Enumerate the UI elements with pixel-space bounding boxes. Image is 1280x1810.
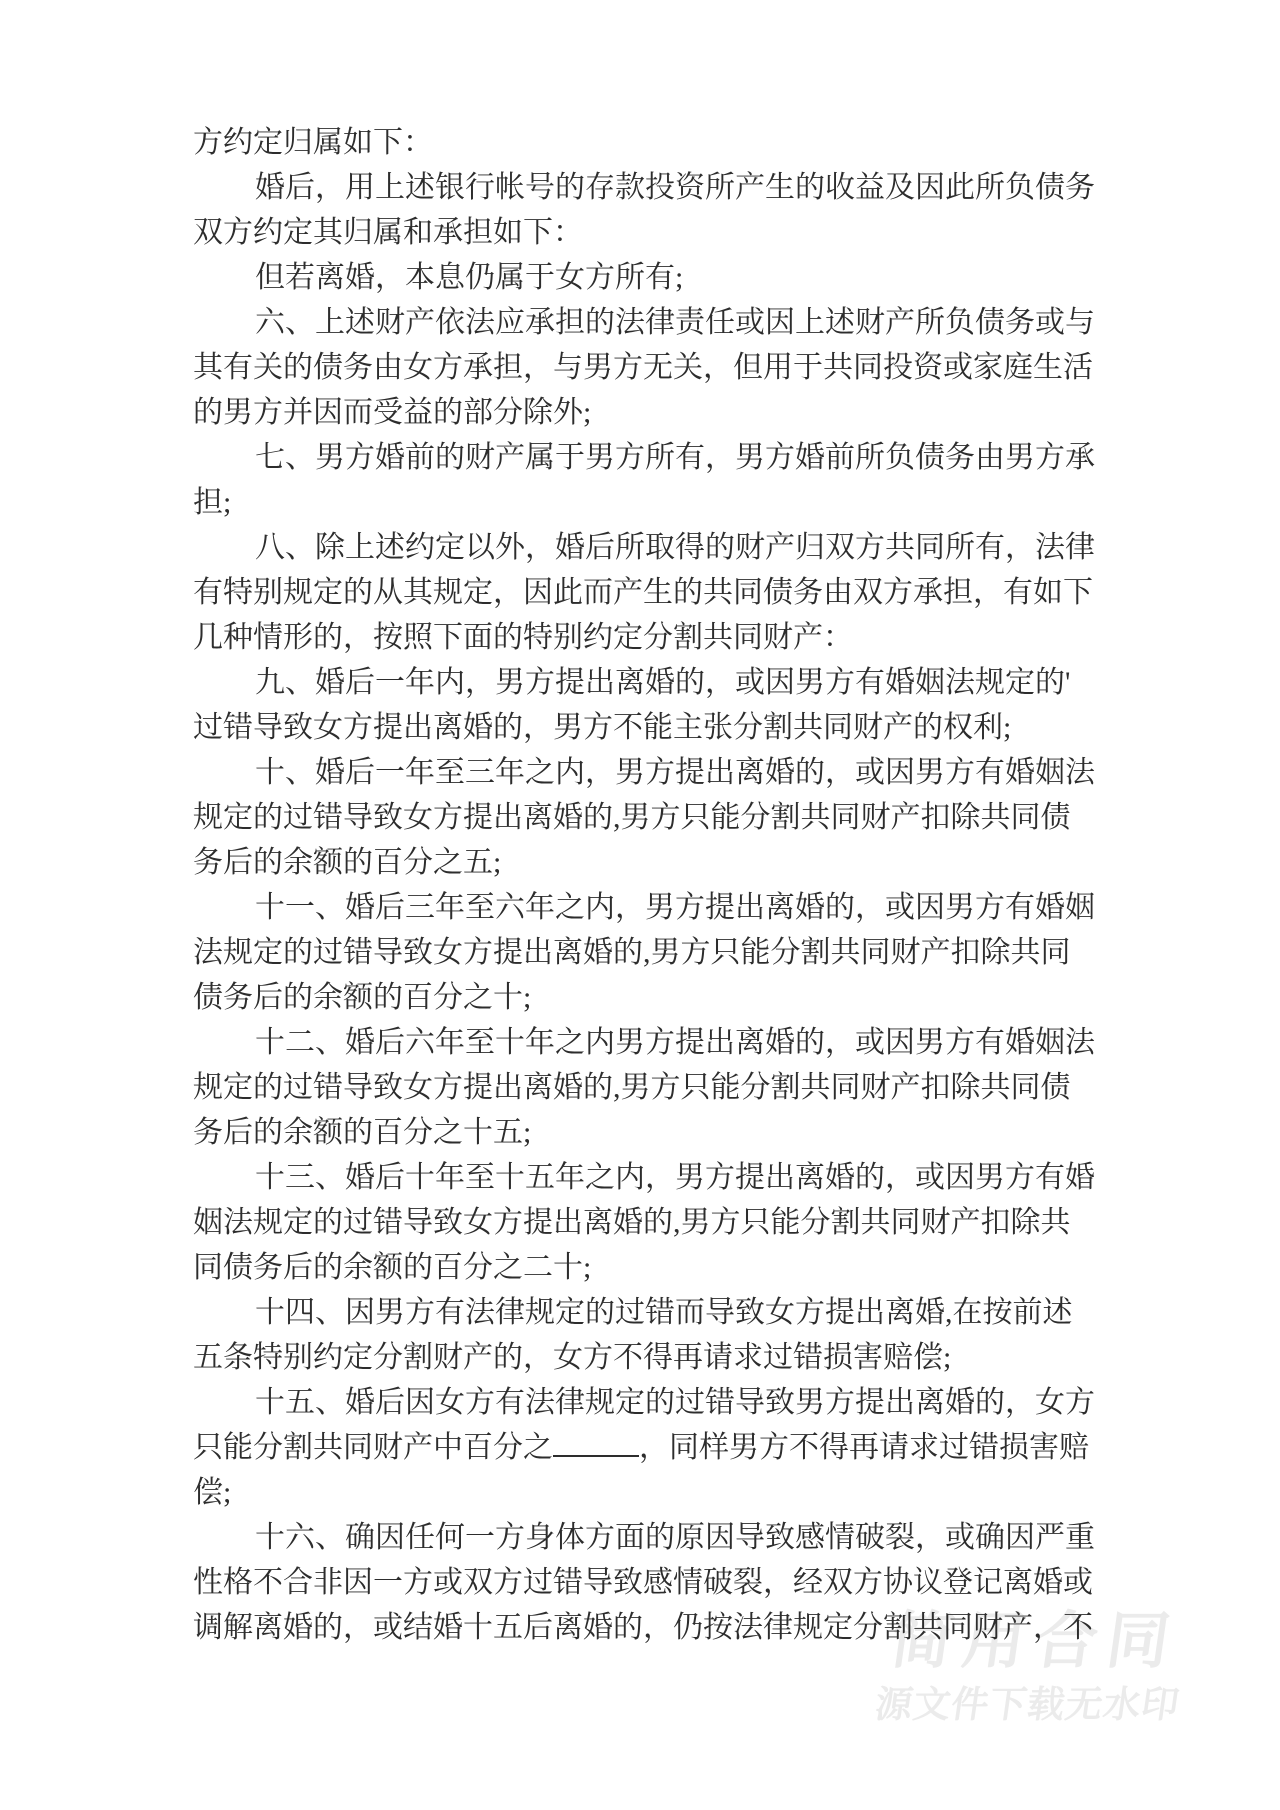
contract-line: 十、婚后一年至三年之内，男方提出离婚的，或因男方有婚姻法	[193, 750, 1098, 795]
contract-line: 只能分割共同财产中百分之，同样男方不得再请求过错损害赔	[193, 1425, 1098, 1470]
contract-line: 法规定的过错导致女方提出离婚的,男方只能分割共同财产扣除共同	[193, 930, 1098, 975]
contract-line: 姻法规定的过错导致女方提出离婚的,男方只能分割共同财产扣除共	[193, 1200, 1098, 1245]
contract-line: 规定的过错导致女方提出离婚的,男方只能分割共同财产扣除共同债	[193, 795, 1098, 840]
contract-line: 十四、因男方有法律规定的过错而导致女方提出离婚,在按前述	[193, 1290, 1098, 1335]
contract-line: 担;	[193, 480, 1098, 525]
contract-line: 婚后，用上述银行帐号的存款投资所产生的收益及因此所负债务	[193, 165, 1098, 210]
contract-line: 过错导致女方提出离婚的，男方不能主张分割共同财产的权利;	[193, 705, 1098, 750]
contract-line: 方约定归属如下：	[193, 120, 1098, 165]
contract-line: 十六、确因任何一方身体方面的原因导致感情破裂，或确因严重	[193, 1515, 1098, 1560]
contract-line-text: 只能分割共同财产中百分之	[193, 1431, 553, 1464]
contract-line: 的男方并因而受益的部分除外;	[193, 390, 1098, 435]
contract-line: 十一、婚后三年至六年之内，男方提出离婚的，或因男方有婚姻	[193, 885, 1098, 930]
contract-line: 六、上述财产依法应承担的法律责任或因上述财产所负债务或与	[193, 300, 1098, 345]
contract-line: 规定的过错导致女方提出离婚的,男方只能分割共同财产扣除共同债	[193, 1065, 1098, 1110]
contract-line: 九、婚后一年内，男方提出离婚的，或因男方有婚姻法规定的'	[193, 660, 1098, 705]
contract-line: 十五、婚后因女方有法律规定的过错导致男方提出离婚的，女方	[193, 1380, 1098, 1425]
contract-line: 其有关的债务由女方承担，与男方无关，但用于共同投资或家庭生活	[193, 345, 1098, 390]
contract-line: 但若离婚，本息仍属于女方所有;	[193, 255, 1098, 300]
contract-line: 偿;	[193, 1470, 1098, 1515]
contract-line: 务后的余额的百分之十五;	[193, 1110, 1098, 1155]
contract-line: 有特别规定的从其规定，因此而产生的共同债务由双方承担，有如下	[193, 570, 1098, 615]
contract-line: 十三、婚后十年至十五年之内，男方提出离婚的，或因男方有婚	[193, 1155, 1098, 1200]
contract-line: 务后的余额的百分之五;	[193, 840, 1098, 885]
scanned-contract-page: 简用合同 源文件下载无水印 方约定归属如下：婚后，用上述银行帐号的存款投资所产生…	[0, 0, 1280, 1810]
contract-line: 双方约定其归属和承担如下：	[193, 210, 1098, 255]
fill-in-blank-underline	[553, 1455, 639, 1457]
watermark-tagline-text: 源文件下载无水印	[872, 1674, 1184, 1728]
contract-line: 几种情形的，按照下面的特别约定分割共同财产：	[193, 615, 1098, 660]
contract-text-body: 方约定归属如下：婚后，用上述银行帐号的存款投资所产生的收益及因此所负债务双方约定…	[193, 120, 1098, 1650]
contract-line: 调解离婚的，或结婚十五后离婚的，仍按法律规定分割共同财产，不	[193, 1605, 1098, 1650]
contract-line: 七、男方婚前的财产属于男方所有，男方婚前所负债务由男方承	[193, 435, 1098, 480]
contract-line: 五条特别约定分割财产的，女方不得再请求过错损害赔偿;	[193, 1335, 1098, 1380]
contract-line: 同债务后的余额的百分之二十;	[193, 1245, 1098, 1290]
contract-line: 八、除上述约定以外，婚后所取得的财产归双方共同所有，法律	[193, 525, 1098, 570]
contract-line: 性格不合非因一方或双方过错导致感情破裂，经双方协议登记离婚或	[193, 1560, 1098, 1605]
contract-line: 十二、婚后六年至十年之内男方提出离婚的，或因男方有婚姻法	[193, 1020, 1098, 1065]
contract-line-text: ，同样男方不得再请求过错损害赔	[639, 1431, 1089, 1464]
contract-line: 债务后的余额的百分之十;	[193, 975, 1098, 1020]
